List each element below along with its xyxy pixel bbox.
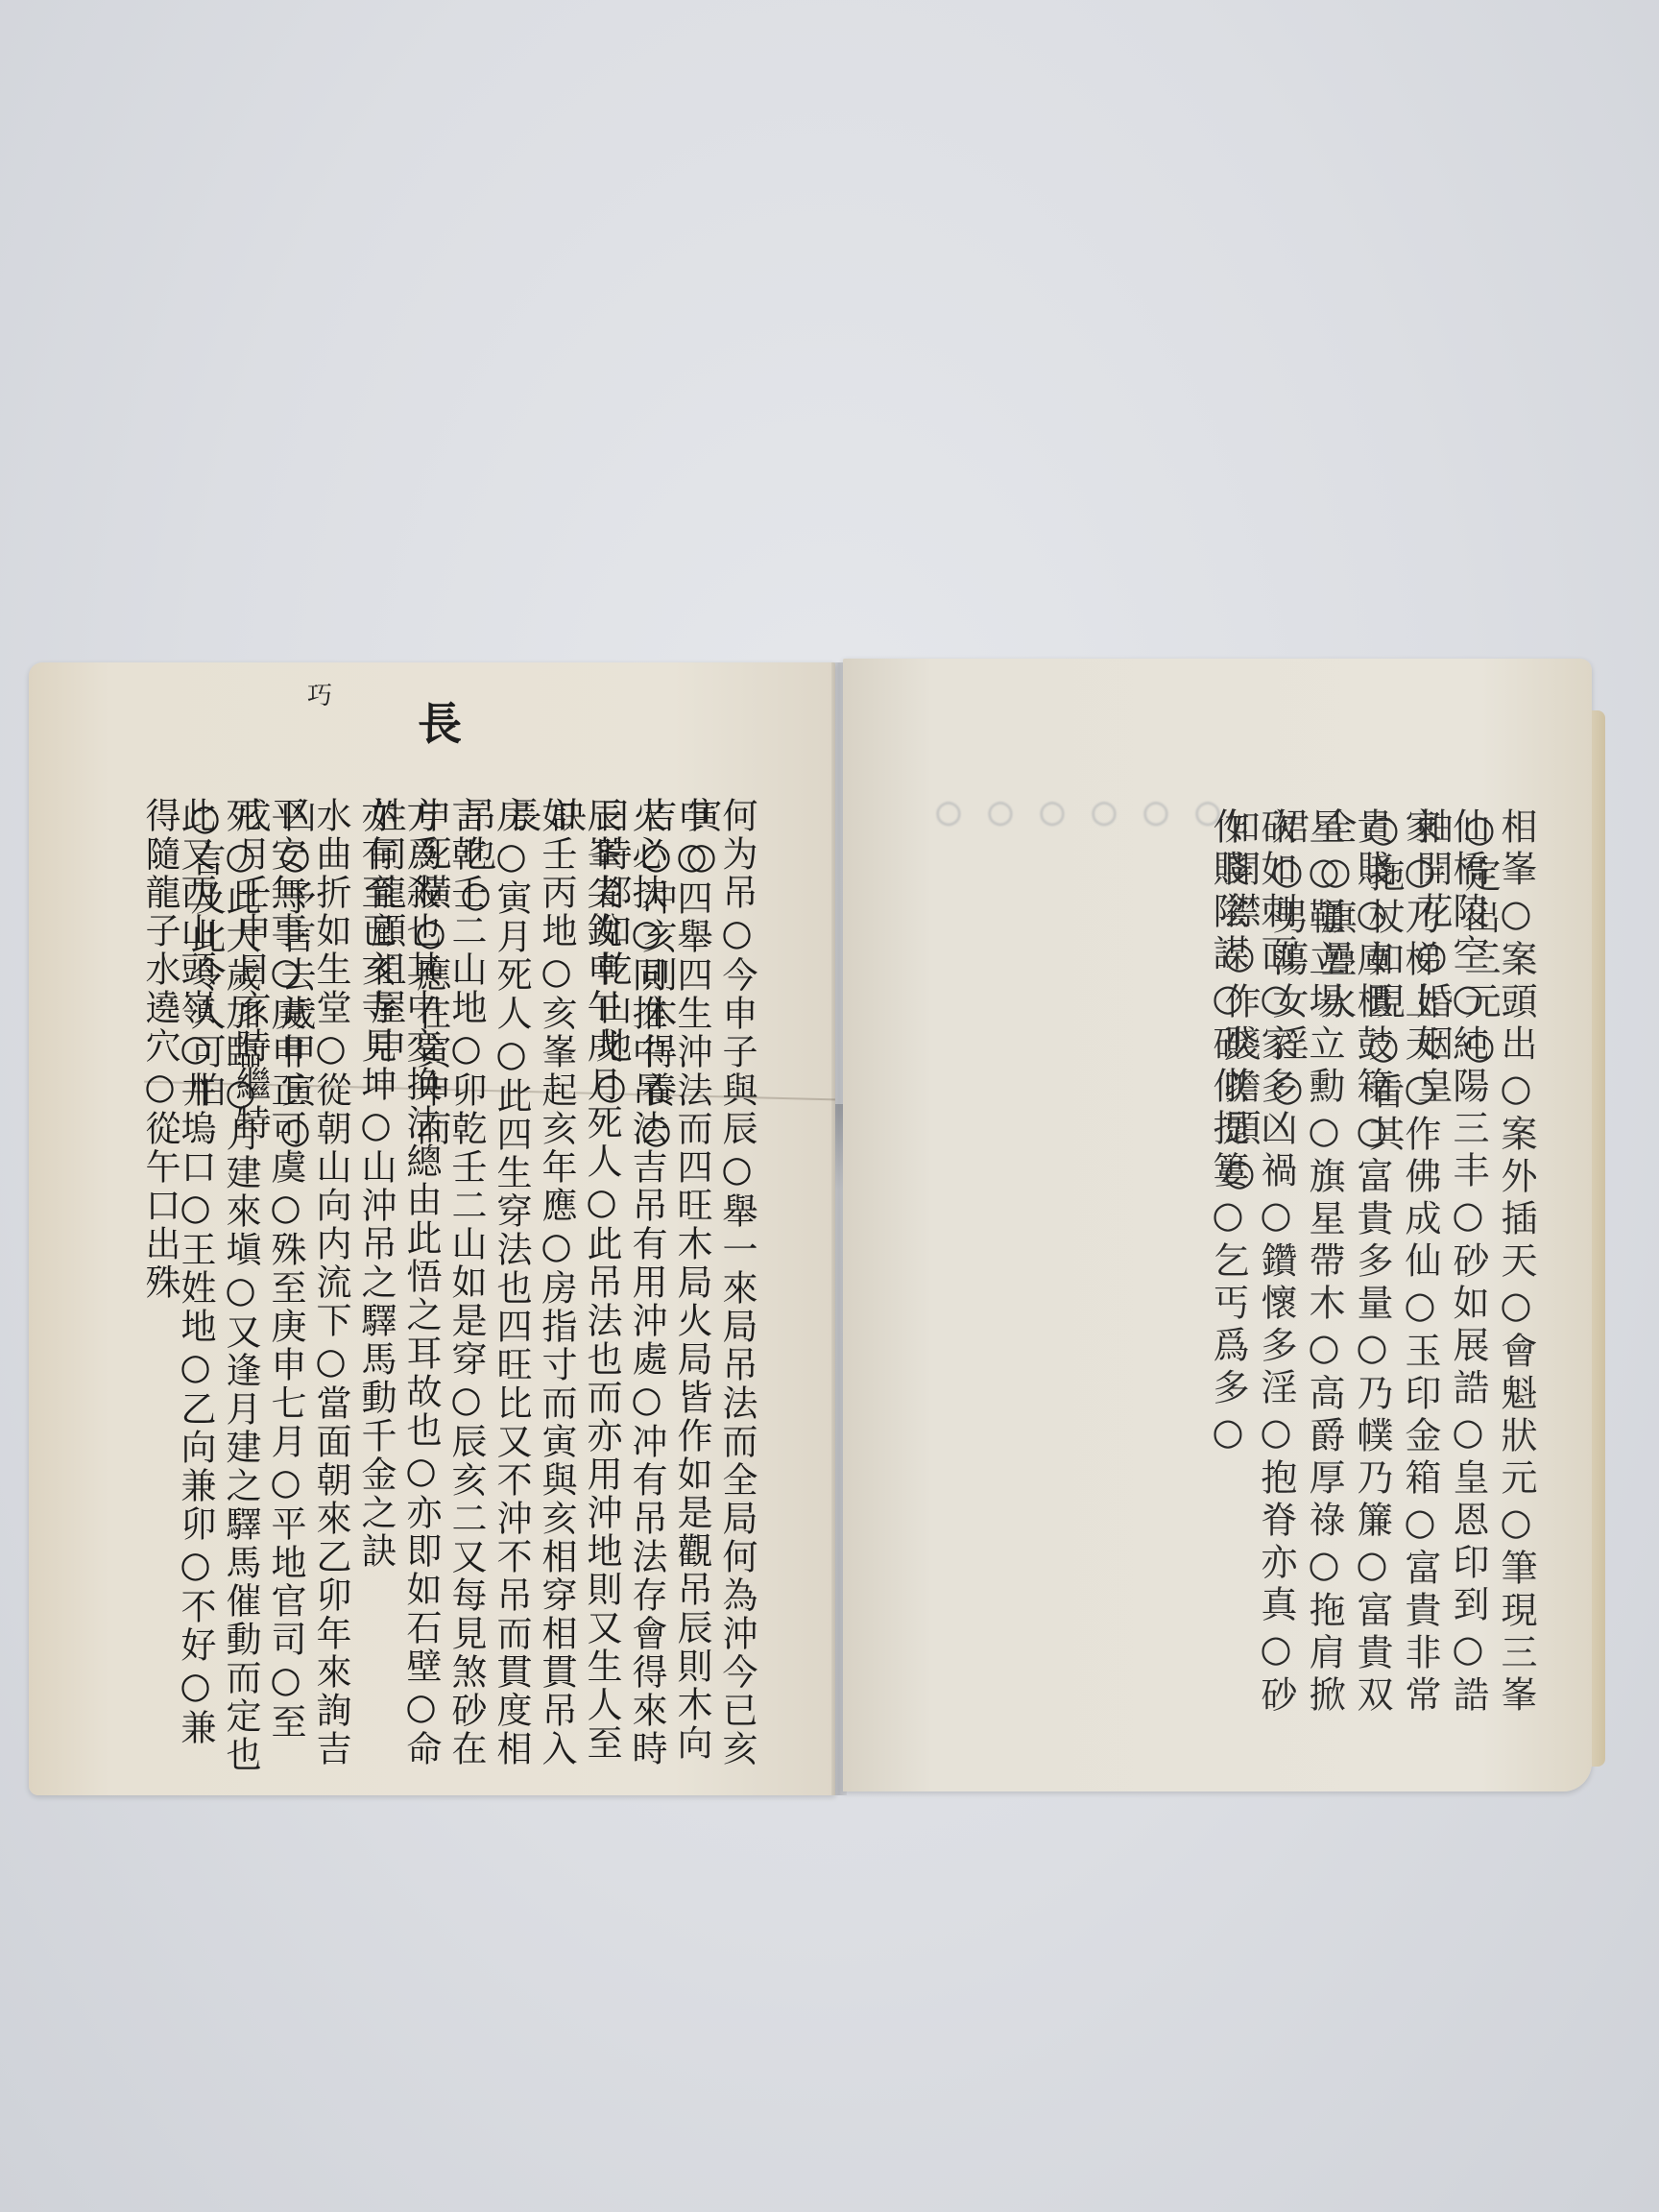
- left-text-columns: 何为吊○今申子與辰○舉一來局吊法而全局何為沖今已亥寅○ 申○四舉四生沖法而四旺木…: [63, 797, 755, 1776]
- bleed-column: ○: [1075, 793, 1119, 839]
- bleed-column: ○: [920, 793, 964, 839]
- text-column: 如壬丙地○亥峯起亥年應○房指寸而寅與亥相穿相貫吊入長: [529, 797, 574, 1776]
- bleed-column: ○: [972, 793, 1016, 839]
- text-column: 何为吊○今申子與辰○舉一來局吊法而全局何為沖今已亥寅○: [709, 797, 755, 1776]
- text-column: 申○四舉四生沖法而四旺木局火局皆作如是觀吊辰則木向吉○冲亥則木得養○: [664, 797, 709, 1776]
- left-page: 巧 長 何为吊○今申子與辰○舉一來局吊法而全局何為沖今已亥寅○ 申○四舉四生沖法…: [29, 662, 835, 1795]
- open-manuscript-book: 巧 長 何为吊○今申子與辰○舉一來局吊法而全局何為沖今已亥寅○ 申○四舉四生沖法…: [29, 662, 1613, 1815]
- text-column: 相峯○案頭出○案外插天○會魁狀元○筆現三峯○定出三元○: [1486, 807, 1534, 1748]
- bleed-column: ○: [1127, 793, 1171, 839]
- bleed-through-text: ○ ○ ○ ○ ○ ○: [920, 793, 1223, 839]
- right-page: ○ ○ ○ ○ ○ ○ 相峯○案頭出○案外插天○會魁狀元○筆現三峯○定出三元○ …: [843, 659, 1592, 1791]
- left-header-large: 長: [418, 689, 462, 753]
- text-column: 房○寅月死人○此四生穿法也四旺比又不沖不吊而貫度相吊也○: [484, 797, 529, 1776]
- text-column: 水曲折如生堂○從朝山向内流下○當面朝來乙卯年來詢吉凶○予言去歲甲寅○: [303, 797, 349, 1776]
- page-stack-edge: [1592, 710, 1605, 1767]
- left-header-small: 巧: [307, 676, 332, 711]
- text-column: 言乾壬二山地○卯乾壬二山如是穿○辰亥二又每見煞砂在申死橫○應在寅申而: [439, 797, 484, 1776]
- right-text-columns: 相峯○案頭出○案外插天○會魁狀元○筆現三峯○定出三元○ 仙橋陵空○純陽三丰○砂如…: [1198, 807, 1534, 1748]
- bleed-column: ○: [1023, 793, 1068, 839]
